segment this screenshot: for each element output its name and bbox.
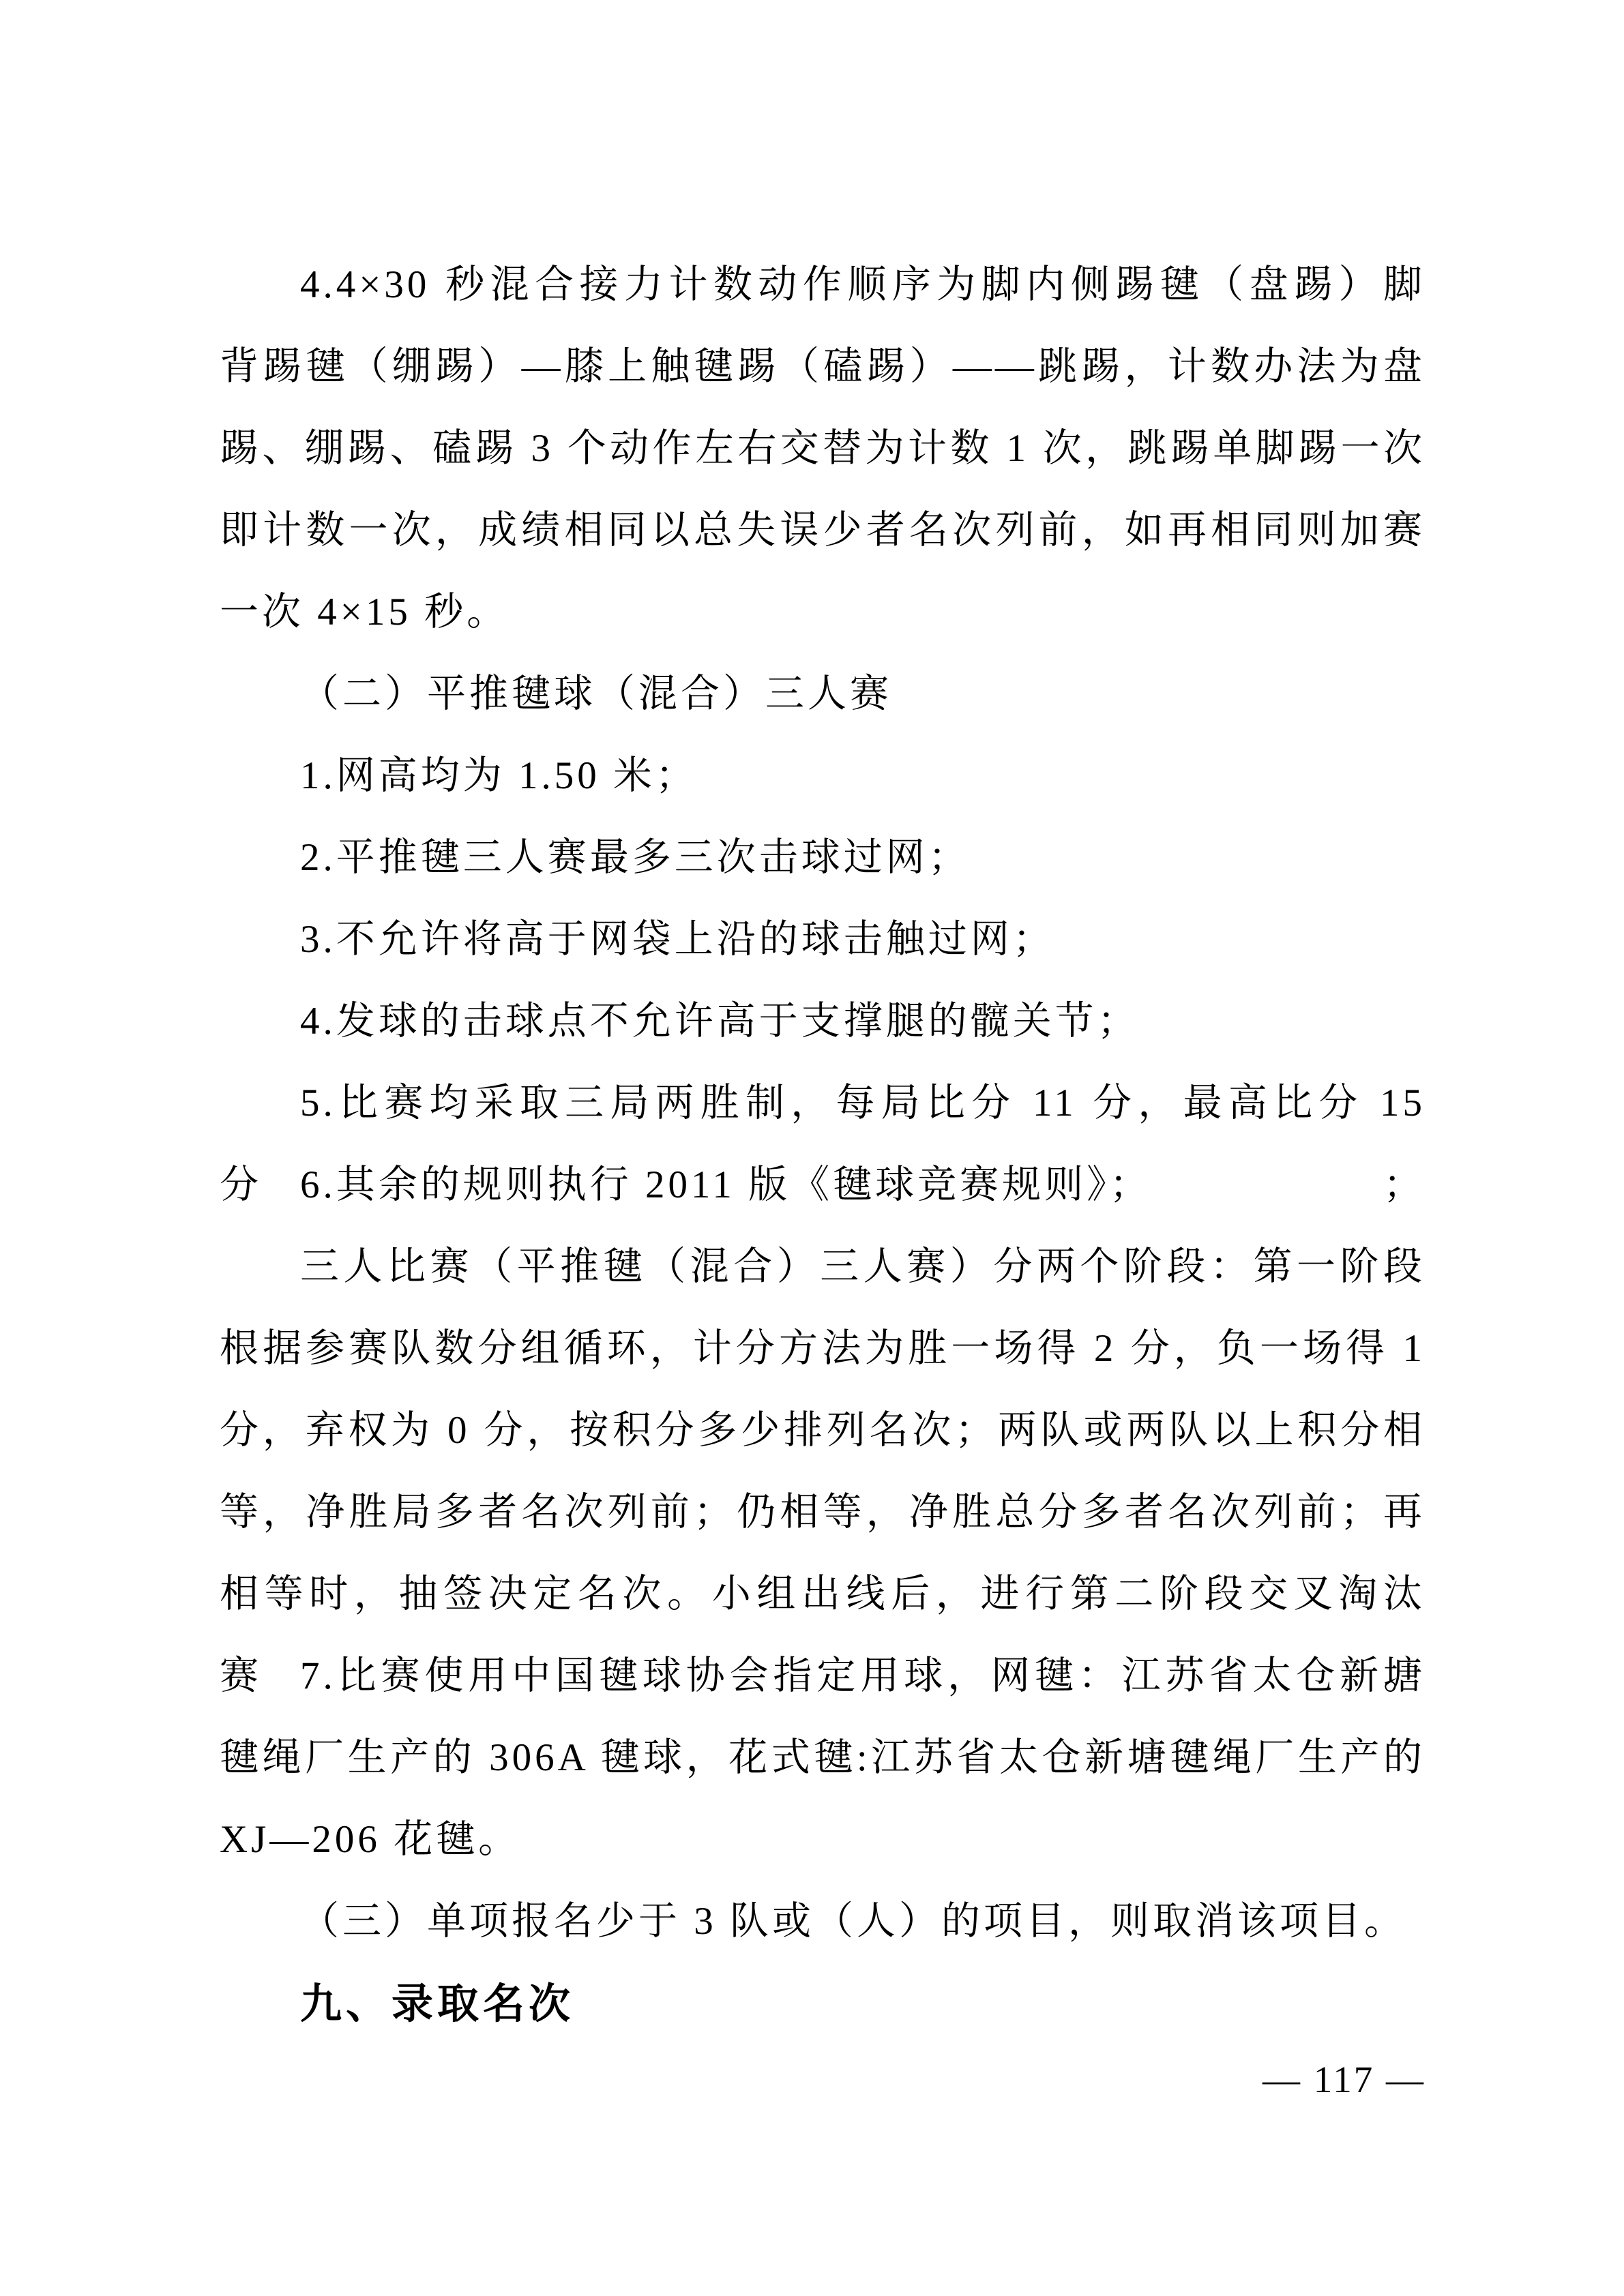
text-line: 根据参赛队数分组循环，计分方法为胜一场得 2 分，负一场得 1 (220, 1308, 1426, 1390)
text-line: 分，弃权为 0 分，按积分多少排列名次；两队或两队以上积分相 (220, 1390, 1426, 1472)
text-line: 踢、绷踢、磕踢 3 个动作左右交替为计数 1 次，跳踢单脚踢一次 (220, 408, 1426, 490)
text-line: 5.比赛均采取三局两胜制，每局比分 11 分，最高比分 15 分； (220, 1062, 1426, 1144)
text-line: 4.4×30 秒混合接力计数动作顺序为脚内侧踢毽（盘踢）脚 (220, 244, 1426, 326)
text-line: 2.平推毽三人赛最多三次击球过网； (220, 817, 1426, 899)
text-line: XJ—206 花毽。 (220, 1799, 1426, 1881)
document-body: 4.4×30 秒混合接力计数动作顺序为脚内侧踢毽（盘踢）脚背踢毽（绷踢）—膝上触… (220, 244, 1426, 2044)
text-line: 4.发球的击球点不允许高于支撑腿的髋关节； (220, 981, 1426, 1062)
document-page: 4.4×30 秒混合接力计数动作顺序为脚内侧踢毽（盘踢）脚背踢毽（绷踢）—膝上触… (0, 0, 1624, 2296)
text-line: 7.比赛使用中国毽球协会指定用球，网毽：江苏省太仓新塘 (220, 1635, 1426, 1717)
text-line: 相等时，抽签决定名次。小组出线后，进行第二阶段交叉淘汰赛。 (220, 1553, 1426, 1635)
text-line: 一次 4×15 秒。 (220, 571, 1426, 653)
text-line: 即计数一次，成绩相同以总失误少者名次列前，如再相同则加赛 (220, 490, 1426, 571)
page-number: — 117 — (1263, 2039, 1426, 2121)
text-line: （二）平推毽球（混合）三人赛 (220, 653, 1426, 735)
text-line: 3.不允许将高于网袋上沿的球击触过网； (220, 899, 1426, 981)
text-line: 背踢毽（绷踢）—膝上触毽踢（磕踢）——跳踢，计数办法为盘 (220, 326, 1426, 408)
text-line: 三人比赛（平推毽（混合）三人赛）分两个阶段：第一阶段 (220, 1226, 1426, 1308)
text-line: 毽绳厂生产的 306A 毽球，花式毽:江苏省太仓新塘毽绳厂生产的 (220, 1717, 1426, 1799)
text-line: 等，净胜局多者名次列前；仍相等，净胜总分多者名次列前；再 (220, 1472, 1426, 1553)
section-heading: 九、录取名次 (220, 1963, 1426, 2044)
text-line: 1.网高均为 1.50 米； (220, 735, 1426, 817)
text-line: （三）单项报名少于 3 队或（人）的项目，则取消该项目。 (220, 1881, 1426, 1963)
